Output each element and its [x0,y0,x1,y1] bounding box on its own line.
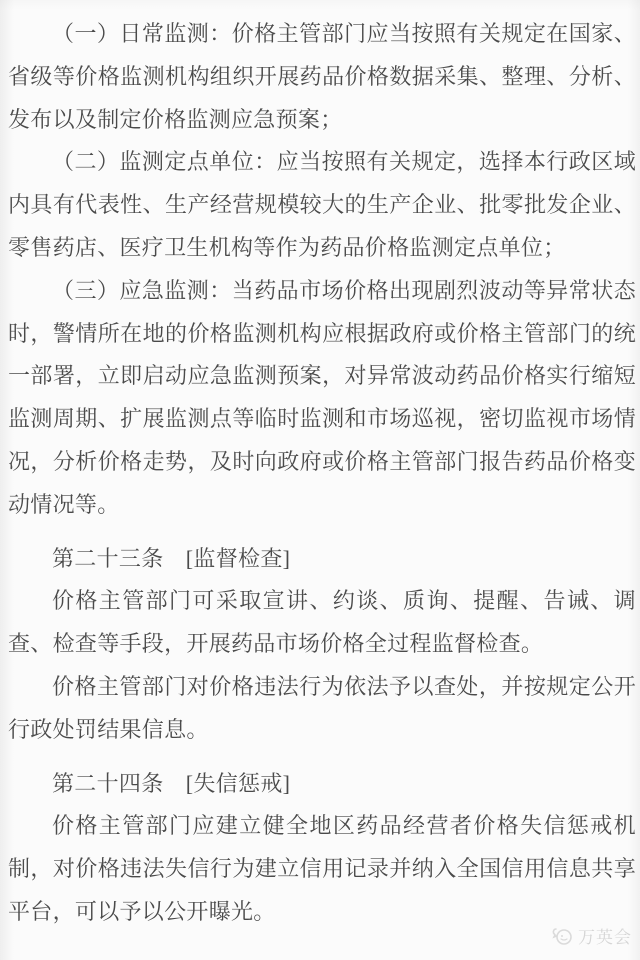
paragraph-daily-monitoring: （一）日常监测：价格主管部门应当按照有关规定在国家、省级等价格监测机构组织开展药… [8,13,636,141]
paragraph-credit-punishment: 价格主管部门应建立健全地区药品经营者价格失信惩戒机制，对价格违法失信行为建立信用… [8,805,636,933]
article-24-heading: 第二十四条 [失信惩戒] [8,763,636,806]
paragraph-emergency-monitoring: （三）应急监测：当药品市场价格出现剧烈波动等异常状态时，警情所在地的价格监测机构… [8,270,636,527]
paragraph-monitoring-units: （二）监测定点单位：应当按照有关规定，选择本行政区域内具有代表性、生产经营规模较… [8,141,636,269]
paragraph-supervision-means: 价格主管部门可采取宣讲、约谈、质询、提醒、告诫、调查、检查等手段，开展药品市场价… [8,580,636,666]
watermark-label: 万英会 [578,923,632,948]
wanyinghui-watermark: 万英会 [551,923,632,948]
paragraph-penalty-disclosure: 价格主管部门对价格违法行为依法予以查处，并按规定公开行政处罚结果信息。 [8,666,636,752]
scanned-document-page: （一）日常监测：价格主管部门应当按照有关规定在国家、省级等价格监测机构组织开展药… [0,0,640,960]
article-23-heading: 第二十三条 [监督检查] [8,538,636,581]
watermark-logo-icon [551,926,575,946]
